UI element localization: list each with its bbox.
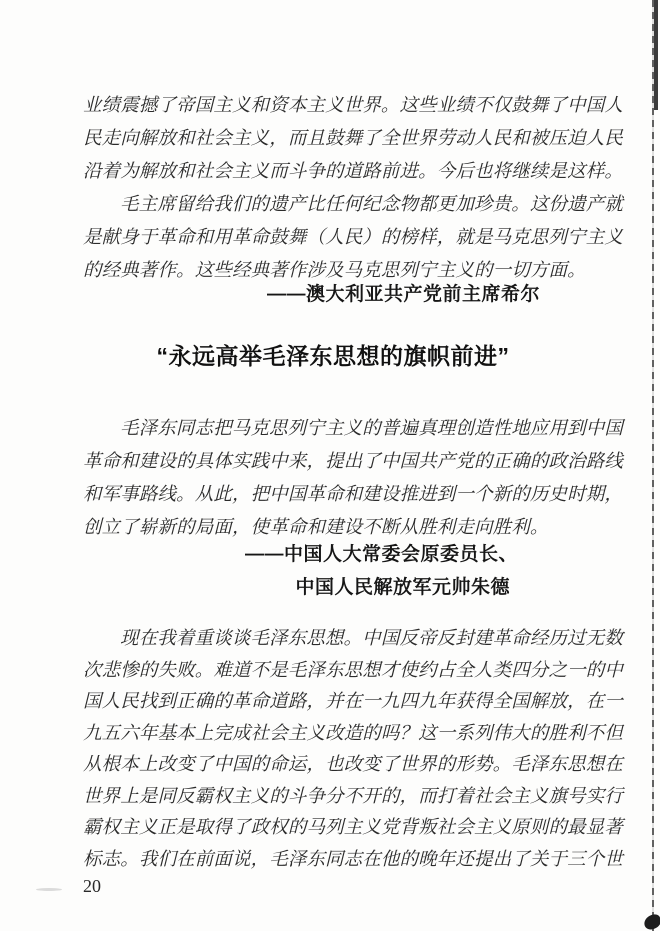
body-paragraph: 现在我着重谈谈毛泽东思想。中国反帝反封建革命经历过无数次悲惨的失败。难道不是毛泽… <box>83 624 623 876</box>
scan-artifact-edge-line-top <box>654 0 658 110</box>
scan-artifact-speck <box>36 888 62 891</box>
quote1-paragraph-2: 毛主席留给我们的遗产比任何纪念物都更加珍贵。这份遗产就是献身于革命和用革命鼓舞（… <box>83 189 623 288</box>
scan-artifact-corner-blob <box>642 913 660 931</box>
section-heading: “永远高举毛泽东思想的旗帜前进” <box>83 339 583 373</box>
scan-artifact-edge-line <box>652 0 654 931</box>
book-page: 业绩震撼了帝国主义和资本主义世界。这些业绩不仅鼓舞了中国人民走向解放和社会主义，… <box>0 0 660 931</box>
quote2-attribution-line2: 中国人民解放军元帅朱德 <box>83 571 623 604</box>
page-text-block: 业绩震撼了帝国主义和资本主义世界。这些业绩不仅鼓舞了中国人民走向解放和社会主义，… <box>83 90 623 876</box>
quote2-paragraph-1: 毛泽东同志把马克思列宁主义的普遍真理创造性地应用到中国革命和建设的具体实践中来，… <box>83 413 623 545</box>
quote1-paragraph-1: 业绩震撼了帝国主义和资本主义世界。这些业绩不仅鼓舞了中国人民走向解放和社会主义，… <box>83 90 623 189</box>
page-number: 20 <box>83 876 101 897</box>
